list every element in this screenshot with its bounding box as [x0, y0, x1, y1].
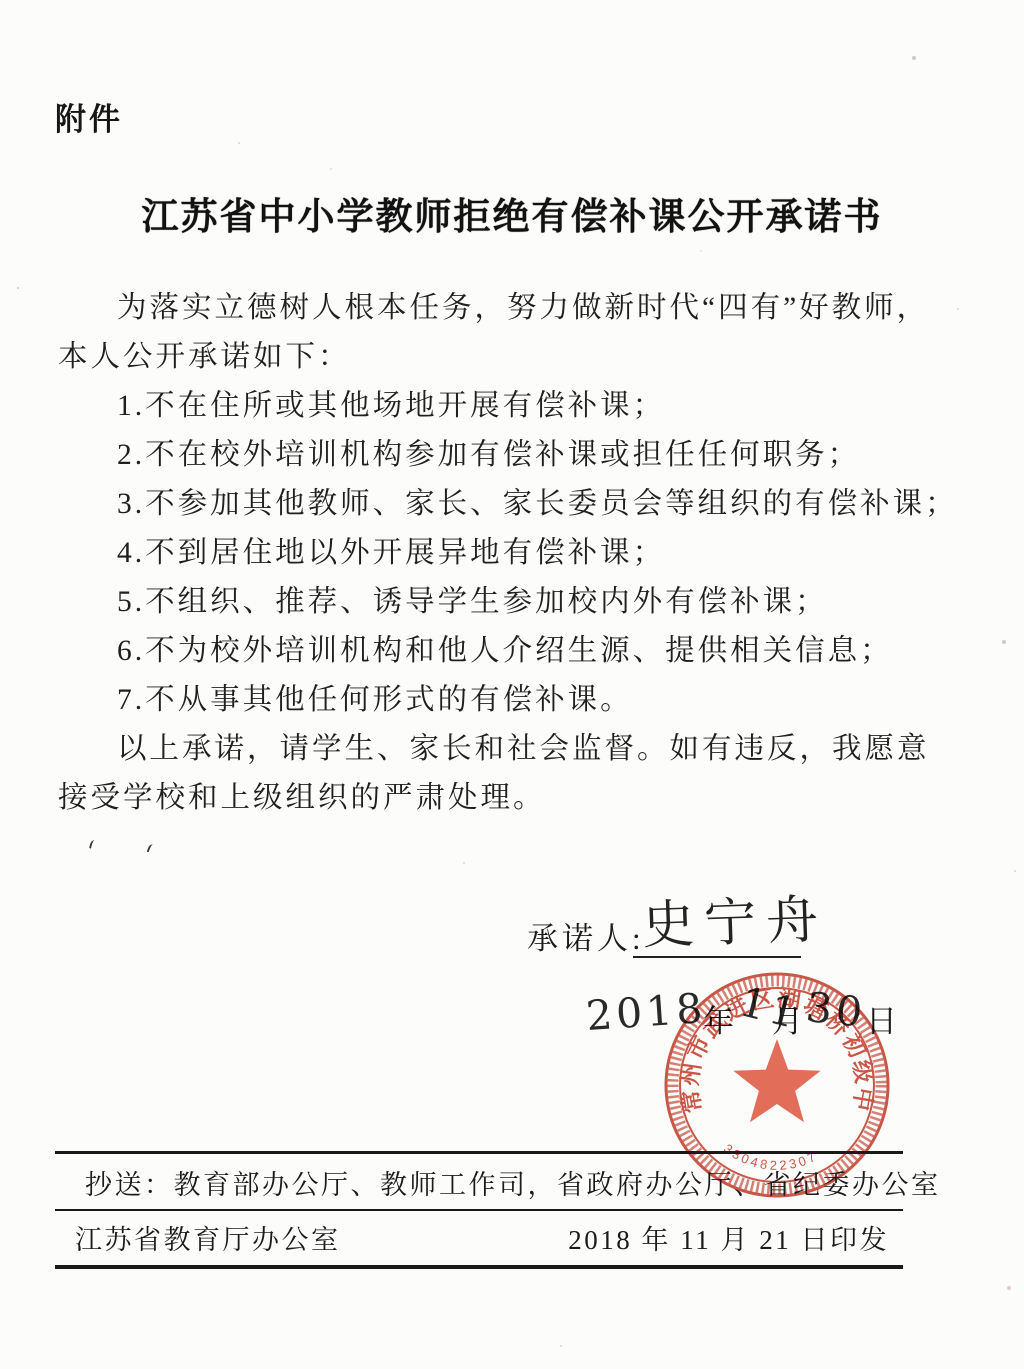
signer-label: 承诺人:: [527, 913, 645, 958]
intro-line-2: 本人公开承诺如下：: [58, 333, 975, 382]
stray-pen-marks: [90, 840, 170, 856]
closing-line-1: 以上承诺，请学生、家长和社会监督。如有违反，我愿意: [58, 725, 975, 774]
commitment-item-5: 5.不组织、推荐、诱导学生参加校内外有偿补课；: [58, 578, 975, 627]
seal-star-icon: [733, 1039, 820, 1122]
closing-line-2: 接受学校和上级组织的严肃处理。: [58, 774, 975, 823]
commitment-item-3: 3.不参加其他教师、家长、家长委员会等组织的有偿补课；: [58, 480, 975, 529]
footer-block: 抄送：教育部办公厅、教师工作司，省政府办公厅、省纪委办公室 江苏省教育厅办公室 …: [55, 1151, 903, 1269]
issue-row: 江苏省教育厅办公室 2018 年 11 月 21 日印发: [55, 1211, 903, 1265]
handwritten-signature: 史宁舟: [641, 877, 830, 958]
scanned-document-page: 附件 江苏省中小学教师拒绝有偿补课公开承诺书 为落实立德树人根本任务，努力做新时…: [0, 0, 1024, 1369]
intro-line-1: 为落实立德树人根本任务，努力做新时代“四有”好教师，: [58, 284, 975, 333]
document-body: 为落实立德树人根本任务，努力做新时代“四有”好教师， 本人公开承诺如下： 1.不…: [58, 284, 975, 823]
scan-noise: [0, 0, 2, 2]
commitment-item-6: 6.不为校外培训机构和他人介绍生源、提供相关信息；: [58, 627, 975, 676]
print-date: 2018 年 11 月 21 日印发: [568, 1218, 889, 1257]
commitment-item-2: 2.不在校外培训机构参加有偿补课或担任任何职务；: [58, 431, 975, 480]
commitment-item-4: 4.不到居住地以外开展异地有偿补课；: [58, 529, 975, 578]
cc-line: 抄送：教育部办公厅、教师工作司，省政府办公厅、省纪委办公室: [55, 1154, 903, 1209]
issuer-office: 江苏省教育厅办公室: [75, 1218, 341, 1257]
attachment-label: 附件: [55, 94, 123, 139]
footer-bottom-rule: [55, 1265, 903, 1269]
commitment-item-7: 7.不从事其他任何形式的有偿补课。: [58, 676, 975, 725]
document-title: 江苏省中小学教师拒绝有偿补课公开承诺书: [0, 186, 1024, 240]
commitment-item-1: 1.不在住所或其他场地开展有偿补课；: [58, 382, 975, 431]
